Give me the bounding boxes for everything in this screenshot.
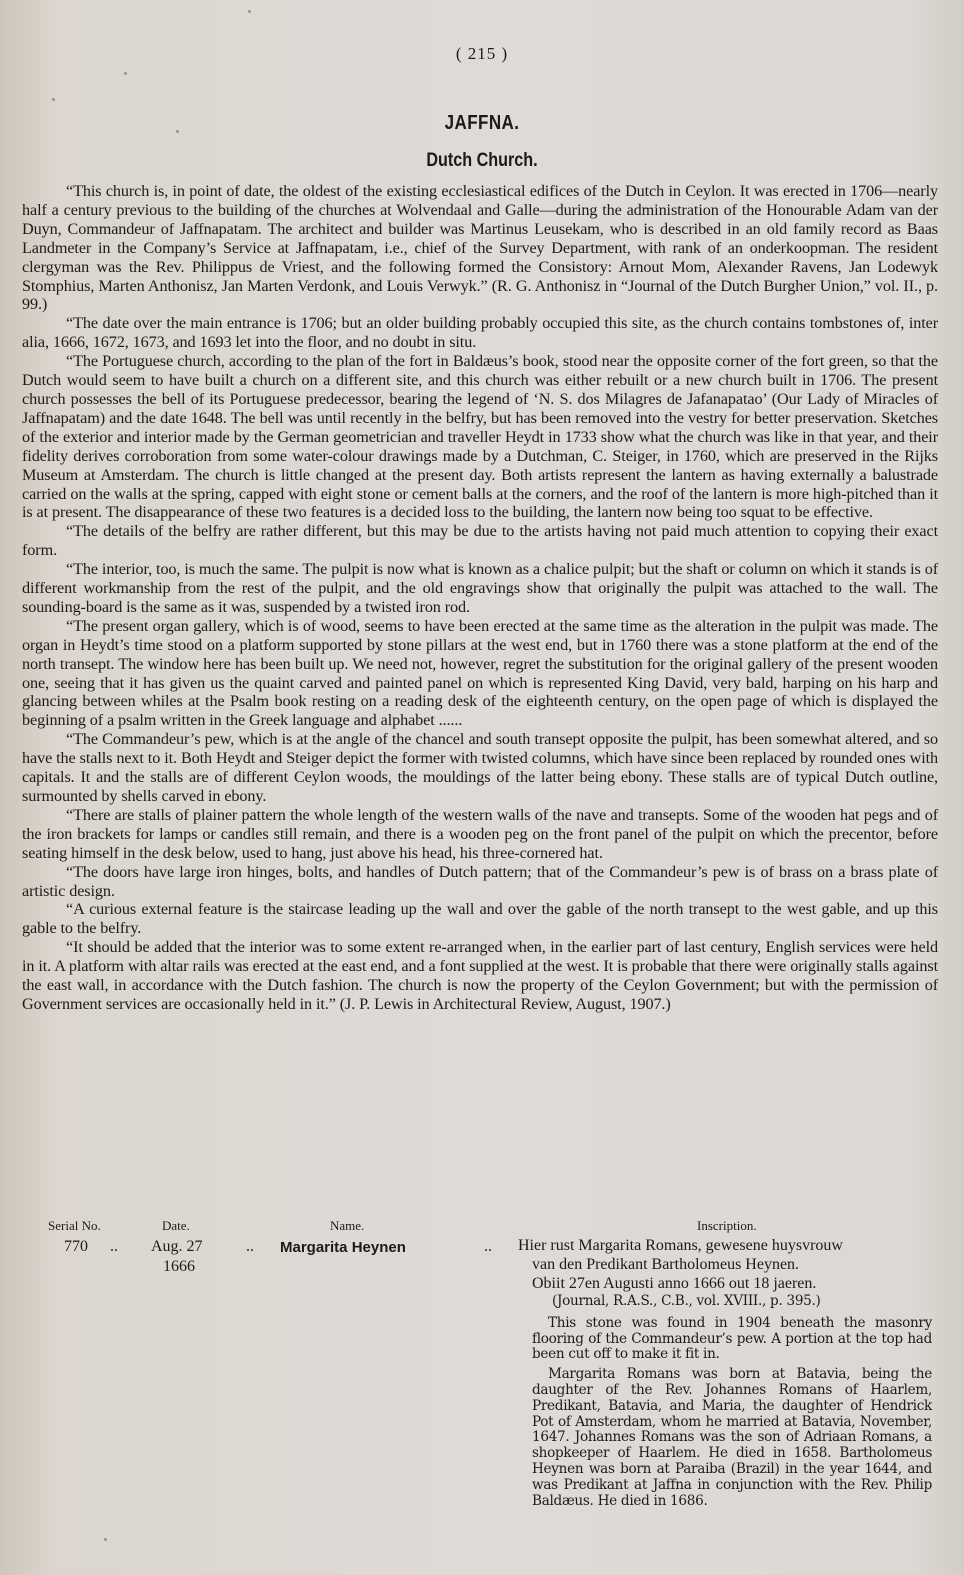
paragraph: “The interior, too, is much the same. Th… <box>22 560 938 617</box>
citation: (Journal, R.A.S., C.B., vol. XVIII., p. … <box>532 1294 932 1310</box>
date-year: 1666 <box>163 1258 195 1276</box>
paper-speck <box>124 72 127 75</box>
document-page: ( 215 ) JAFFNA. Dutch Church. “This chur… <box>0 0 964 1575</box>
page-title: JAFFNA. <box>72 112 891 135</box>
paragraph: “The present organ gallery, which is of … <box>22 617 938 730</box>
paper-speck <box>248 10 251 13</box>
header-date: Date. <box>162 1218 190 1234</box>
separator: .. <box>484 1238 492 1256</box>
section-subtitle: Dutch Church. <box>72 150 891 172</box>
separator: .. <box>110 1238 118 1256</box>
paper-speck <box>52 98 55 101</box>
paragraph: “The doors have large iron hinges, bolts… <box>22 863 938 901</box>
paragraph: “The Portuguese church, according to the… <box>22 352 938 522</box>
header-name: Name. <box>330 1218 364 1234</box>
person-name: Margarita Heynen <box>280 1239 406 1256</box>
inscription-text: Hier rust Margarita Romans, gewesene huy… <box>518 1236 934 1293</box>
paragraph: “It should be added that the interior wa… <box>22 938 938 1014</box>
paragraph: “There are stalls of plainer pattern the… <box>22 806 938 863</box>
paragraph: “The date over the main entrance is 1706… <box>22 314 938 352</box>
inscription-line: Obiit 27en Augusti anno 1666 out 18 jaer… <box>518 1274 934 1293</box>
inscription-notes: (Journal, R.A.S., C.B., vol. XVIII., p. … <box>532 1294 932 1513</box>
article-body: “This church is, in point of date, the o… <box>22 182 938 1014</box>
separator: .. <box>246 1238 254 1256</box>
note-paragraph: Margarita Romans was born at Batavia, be… <box>532 1367 932 1509</box>
date-day: Aug. 27 <box>151 1238 203 1256</box>
paragraph: “This church is, in point of date, the o… <box>22 182 938 314</box>
paper-speck <box>104 1538 107 1541</box>
header-inscription: Inscription. <box>697 1218 757 1234</box>
header-serial: Serial No. <box>48 1218 101 1234</box>
page-number: ( 215 ) <box>0 44 964 64</box>
inscription-line: van den Predikant Bartholomeus Heynen. <box>518 1255 934 1274</box>
paragraph: “The details of the belfry are rather di… <box>22 522 938 560</box>
note-paragraph: This stone was found in 1904 beneath the… <box>532 1316 932 1363</box>
serial-number: 770 <box>64 1238 88 1256</box>
paragraph: “The Commandeur’s pew, which is at the a… <box>22 730 938 806</box>
paragraph: “A curious external feature is the stair… <box>22 900 938 938</box>
inscription-line: Hier rust Margarita Romans, gewesene huy… <box>518 1236 934 1255</box>
